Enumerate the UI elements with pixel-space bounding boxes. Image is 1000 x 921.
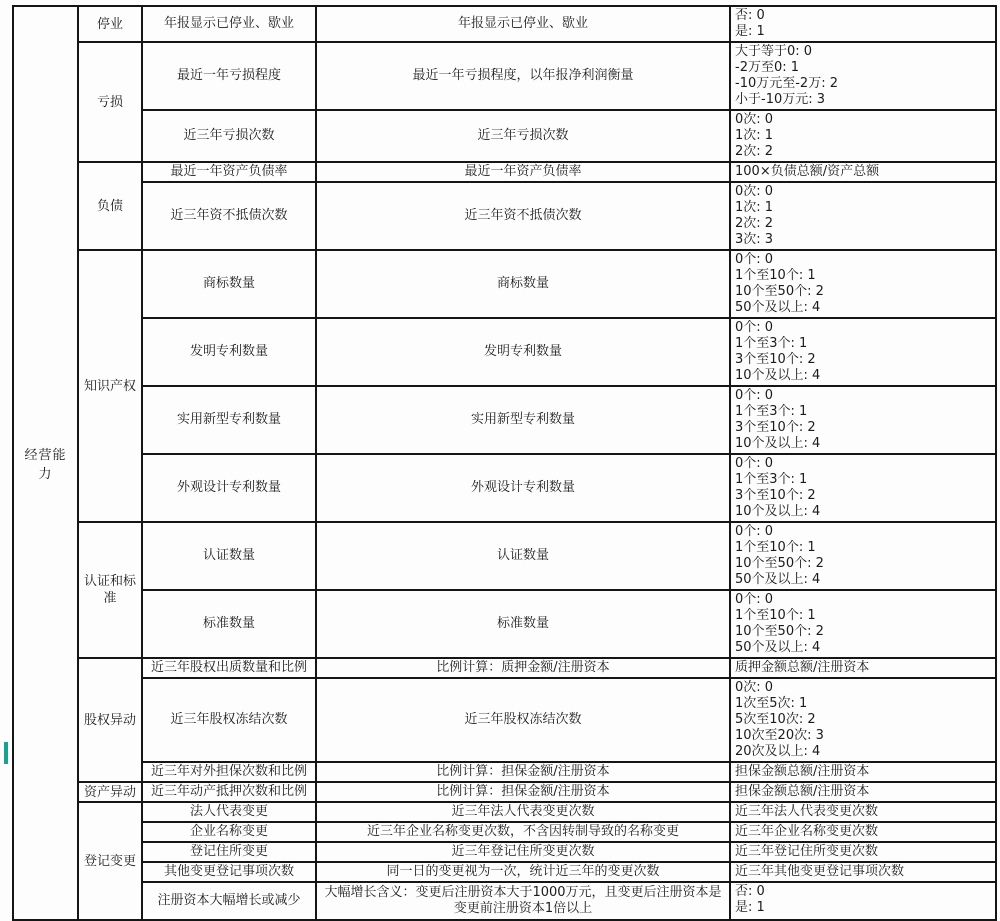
scoring-line: 0次: 0 (735, 112, 991, 128)
table-row: 近三年股权冻结次数近三年股权冻结次数0次: 01次至5次: 15次至10次: 2… (13, 678, 996, 762)
scoring-line: 小于-10万元: 3 (735, 92, 991, 108)
scoring-line: 5次至10次: 2 (735, 712, 991, 728)
indicator-cell: 近三年动产抵押次数和比例 (142, 782, 316, 802)
table-row: 近三年对外担保次数和比例比例计算：担保金额/注册资本担保金额总额/注册资本 (13, 762, 996, 782)
category-cell: 股权异动 (78, 658, 142, 782)
scoring-line: 10个及以上: 4 (735, 368, 991, 384)
description-cell: 近三年登记住所变更次数 (316, 842, 730, 862)
category-cell: 亏损 (78, 42, 142, 162)
scoring-line: 1次至5次: 1 (735, 696, 991, 712)
indicator-cell: 近三年资不抵债次数 (142, 182, 316, 250)
table-row: 近三年亏损次数近三年亏损次数0次: 01次: 12次: 2 (13, 110, 996, 162)
scoring-line: 0个: 0 (735, 456, 991, 472)
table-row: 注册资本大幅增长或减少大幅增长含义：变更后注册资本大于1000万元，且变更后注册… (13, 882, 996, 920)
description-cell: 比例计算：担保金额/注册资本 (316, 782, 730, 802)
table-row: 股权异动近三年股权出质数量和比例比例计算：质押金额/注册资本质押金额总额/注册资… (13, 658, 996, 678)
scoring-line: 50个及以上: 4 (735, 640, 991, 656)
document-page: 经营能力停业年报显示已停业、歇业年报显示已停业、歇业否: 0是: 1亏损最近一年… (0, 0, 1000, 859)
scoring-cell: 0次: 01次: 12次: 2 (730, 110, 996, 162)
scoring-line: 近三年其他变更登记事项次数 (735, 864, 991, 880)
scoring-line: 0个: 0 (735, 388, 991, 404)
scoring-line: 3个至10个: 2 (735, 352, 991, 368)
table-row: 标准数量标准数量0个: 01个至10个: 110个至50个: 250个及以上: … (13, 590, 996, 658)
scoring-cell: 否: 0是: 1 (730, 6, 996, 42)
description-cell: 近三年股权冻结次数 (316, 678, 730, 762)
scoring-line: -2万至0: 1 (735, 60, 991, 76)
indicator-cell: 近三年股权出质数量和比例 (142, 658, 316, 678)
table-row: 其他变更登记事项次数同一日的变更视为一次，统计近三年的变更次数近三年其他变更登记… (13, 862, 996, 882)
description-cell: 标准数量 (316, 590, 730, 658)
scoring-line: 0个: 0 (735, 524, 991, 540)
scoring-cell: 近三年登记住所变更次数 (730, 842, 996, 862)
scoring-cell: 0次: 01次至5次: 15次至10次: 210次至20次: 320次及以上: … (730, 678, 996, 762)
scan-artifact-mark (4, 742, 8, 764)
scoring-line: 0个: 0 (735, 592, 991, 608)
table-row: 认证和标准认证数量认证数量0个: 01个至10个: 110个至50个: 250个… (13, 522, 996, 590)
indicator-cell: 企业名称变更 (142, 822, 316, 842)
scoring-cell: 0个: 01个至3个: 13个至10个: 210个及以上: 4 (730, 318, 996, 386)
description-cell: 近三年企业名称变更次数，不含因转制导致的名称变更 (316, 822, 730, 842)
table-row: 外观设计专利数量外观设计专利数量0个: 01个至3个: 13个至10个: 210… (13, 454, 996, 522)
scoring-line: 20次及以上: 4 (735, 744, 991, 760)
description-cell: 实用新型专利数量 (316, 386, 730, 454)
description-cell: 比例计算：担保金额/注册资本 (316, 762, 730, 782)
indicator-cell: 登记住所变更 (142, 842, 316, 862)
scoring-cell: 近三年其他变更登记事项次数 (730, 862, 996, 882)
scoring-line: 10个至50个: 2 (735, 556, 991, 572)
indicator-cell: 法人代表变更 (142, 802, 316, 822)
table-row: 登记变更法人代表变更近三年法人代表变更次数近三年法人代表变更次数 (13, 802, 996, 822)
scoring-cell: 0个: 01个至10个: 110个至50个: 250个及以上: 4 (730, 590, 996, 658)
indicator-cell: 注册资本大幅增长或减少 (142, 882, 316, 920)
scoring-line: 1个至3个: 1 (735, 404, 991, 420)
scoring-cell: 100×负债总额/资产总额 (730, 162, 996, 182)
scoring-line: 3次: 3 (735, 232, 991, 248)
scoring-cell: 0个: 01个至10个: 110个至50个: 250个及以上: 4 (730, 250, 996, 318)
indicator-cell: 认证数量 (142, 522, 316, 590)
scoring-line: 50个及以上: 4 (735, 572, 991, 588)
scoring-line: -10万元至-2万: 2 (735, 76, 991, 92)
description-cell: 近三年亏损次数 (316, 110, 730, 162)
scoring-line: 1个至3个: 1 (735, 336, 991, 352)
table-row: 实用新型专利数量实用新型专利数量0个: 01个至3个: 13个至10个: 210… (13, 386, 996, 454)
scoring-line: 否: 0 (735, 8, 991, 24)
scoring-line: 1个至10个: 1 (735, 608, 991, 624)
scoring-line: 担保金额总额/注册资本 (735, 764, 991, 780)
indicator-cell: 近三年亏损次数 (142, 110, 316, 162)
table-row: 负债最近一年资产负债率最近一年资产负债率100×负债总额/资产总额 (13, 162, 996, 182)
indicator-cell: 标准数量 (142, 590, 316, 658)
scoring-line: 10个及以上: 4 (735, 504, 991, 520)
indicator-cell: 最近一年资产负债率 (142, 162, 316, 182)
description-cell: 年报显示已停业、歇业 (316, 6, 730, 42)
scoring-line: 是: 1 (735, 24, 991, 40)
scoring-line: 10个至50个: 2 (735, 284, 991, 300)
indicator-cell: 其他变更登记事项次数 (142, 862, 316, 882)
description-cell: 发明专利数量 (316, 318, 730, 386)
category-cell: 负债 (78, 162, 142, 250)
table-row: 发明专利数量发明专利数量0个: 01个至3个: 13个至10个: 210个及以上… (13, 318, 996, 386)
indicator-cell: 外观设计专利数量 (142, 454, 316, 522)
scoring-line: 质押金额总额/注册资本 (735, 660, 991, 676)
description-cell: 比例计算：质押金额/注册资本 (316, 658, 730, 678)
scoring-line: 50个及以上: 4 (735, 300, 991, 316)
scoring-line: 1个至10个: 1 (735, 268, 991, 284)
table-row: 资产异动近三年动产抵押次数和比例比例计算：担保金额/注册资本担保金额总额/注册资… (13, 782, 996, 802)
scoring-line: 0个: 0 (735, 252, 991, 268)
scoring-line: 近三年法人代表变更次数 (735, 804, 991, 820)
description-cell: 近三年法人代表变更次数 (316, 802, 730, 822)
category-cell: 停业 (78, 6, 142, 42)
scoring-line: 3个至10个: 2 (735, 420, 991, 436)
table-row: 企业名称变更近三年企业名称变更次数，不含因转制导致的名称变更近三年企业名称变更次… (13, 822, 996, 842)
scoring-line: 担保金额总额/注册资本 (735, 784, 991, 800)
description-cell: 外观设计专利数量 (316, 454, 730, 522)
category-cell: 认证和标准 (78, 522, 142, 658)
table-row: 经营能力停业年报显示已停业、歇业年报显示已停业、歇业否: 0是: 1 (13, 6, 996, 42)
scoring-cell: 0个: 01个至3个: 13个至10个: 210个及以上: 4 (730, 454, 996, 522)
scoring-line: 大于等于0: 0 (735, 44, 991, 60)
scoring-line: 2次: 2 (735, 216, 991, 232)
scoring-line: 否: 0 (735, 884, 991, 900)
description-cell: 同一日的变更视为一次，统计近三年的变更次数 (316, 862, 730, 882)
category-cell: 知识产权 (78, 250, 142, 522)
table-row: 亏损最近一年亏损程度最近一年亏损程度，以年报净利润衡量大于等于0: 0-2万至0… (13, 42, 996, 110)
description-cell: 近三年资不抵债次数 (316, 182, 730, 250)
description-cell: 商标数量 (316, 250, 730, 318)
description-cell: 认证数量 (316, 522, 730, 590)
scoring-line: 3个至10个: 2 (735, 488, 991, 504)
description-cell: 大幅增长含义：变更后注册资本大于1000万元，且变更后注册资本是变更前注册资本1… (316, 882, 730, 920)
scoring-line: 10次至20次: 3 (735, 728, 991, 744)
scoring-cell: 担保金额总额/注册资本 (730, 782, 996, 802)
scoring-line: 2次: 2 (735, 144, 991, 160)
category-cell: 资产异动 (78, 782, 142, 802)
evaluation-criteria-table: 经营能力停业年报显示已停业、歇业年报显示已停业、歇业否: 0是: 1亏损最近一年… (12, 5, 997, 921)
indicator-cell: 最近一年亏损程度 (142, 42, 316, 110)
category-cell: 登记变更 (78, 802, 142, 920)
scoring-cell: 大于等于0: 0-2万至0: 1-10万元至-2万: 2小于-10万元: 3 (730, 42, 996, 110)
scoring-line: 近三年企业名称变更次数 (735, 824, 991, 840)
scoring-cell: 0个: 01个至10个: 110个至50个: 250个及以上: 4 (730, 522, 996, 590)
scoring-line: 1次: 1 (735, 128, 991, 144)
scoring-line: 0次: 0 (735, 184, 991, 200)
table-row: 登记住所变更近三年登记住所变更次数近三年登记住所变更次数 (13, 842, 996, 862)
scoring-cell: 否: 0是: 1 (730, 882, 996, 920)
indicator-cell: 实用新型专利数量 (142, 386, 316, 454)
scoring-line: 0次: 0 (735, 680, 991, 696)
scoring-line: 10个至50个: 2 (735, 624, 991, 640)
scoring-line: 近三年登记住所变更次数 (735, 844, 991, 860)
scoring-cell: 0个: 01个至3个: 13个至10个: 210个及以上: 4 (730, 386, 996, 454)
indicator-cell: 年报显示已停业、歇业 (142, 6, 316, 42)
scoring-cell: 近三年法人代表变更次数 (730, 802, 996, 822)
description-cell: 最近一年资产负债率 (316, 162, 730, 182)
dimension-cell: 经营能力 (13, 6, 78, 920)
indicator-cell: 近三年股权冻结次数 (142, 678, 316, 762)
description-cell: 最近一年亏损程度，以年报净利润衡量 (316, 42, 730, 110)
scoring-line: 1个至3个: 1 (735, 472, 991, 488)
scoring-line: 0个: 0 (735, 320, 991, 336)
scoring-cell: 担保金额总额/注册资本 (730, 762, 996, 782)
scoring-line: 1次: 1 (735, 200, 991, 216)
scoring-line: 100×负债总额/资产总额 (735, 164, 991, 180)
table-row: 近三年资不抵债次数近三年资不抵债次数0次: 01次: 12次: 23次: 3 (13, 182, 996, 250)
scoring-cell: 质押金额总额/注册资本 (730, 658, 996, 678)
scoring-line: 10个及以上: 4 (735, 436, 991, 452)
indicator-cell: 商标数量 (142, 250, 316, 318)
table-row: 知识产权商标数量商标数量0个: 01个至10个: 110个至50个: 250个及… (13, 250, 996, 318)
scoring-line: 1个至10个: 1 (735, 540, 991, 556)
indicator-cell: 发明专利数量 (142, 318, 316, 386)
scoring-cell: 近三年企业名称变更次数 (730, 822, 996, 842)
indicator-cell: 近三年对外担保次数和比例 (142, 762, 316, 782)
scoring-line: 是: 1 (735, 900, 991, 916)
scoring-cell: 0次: 01次: 12次: 23次: 3 (730, 182, 996, 250)
